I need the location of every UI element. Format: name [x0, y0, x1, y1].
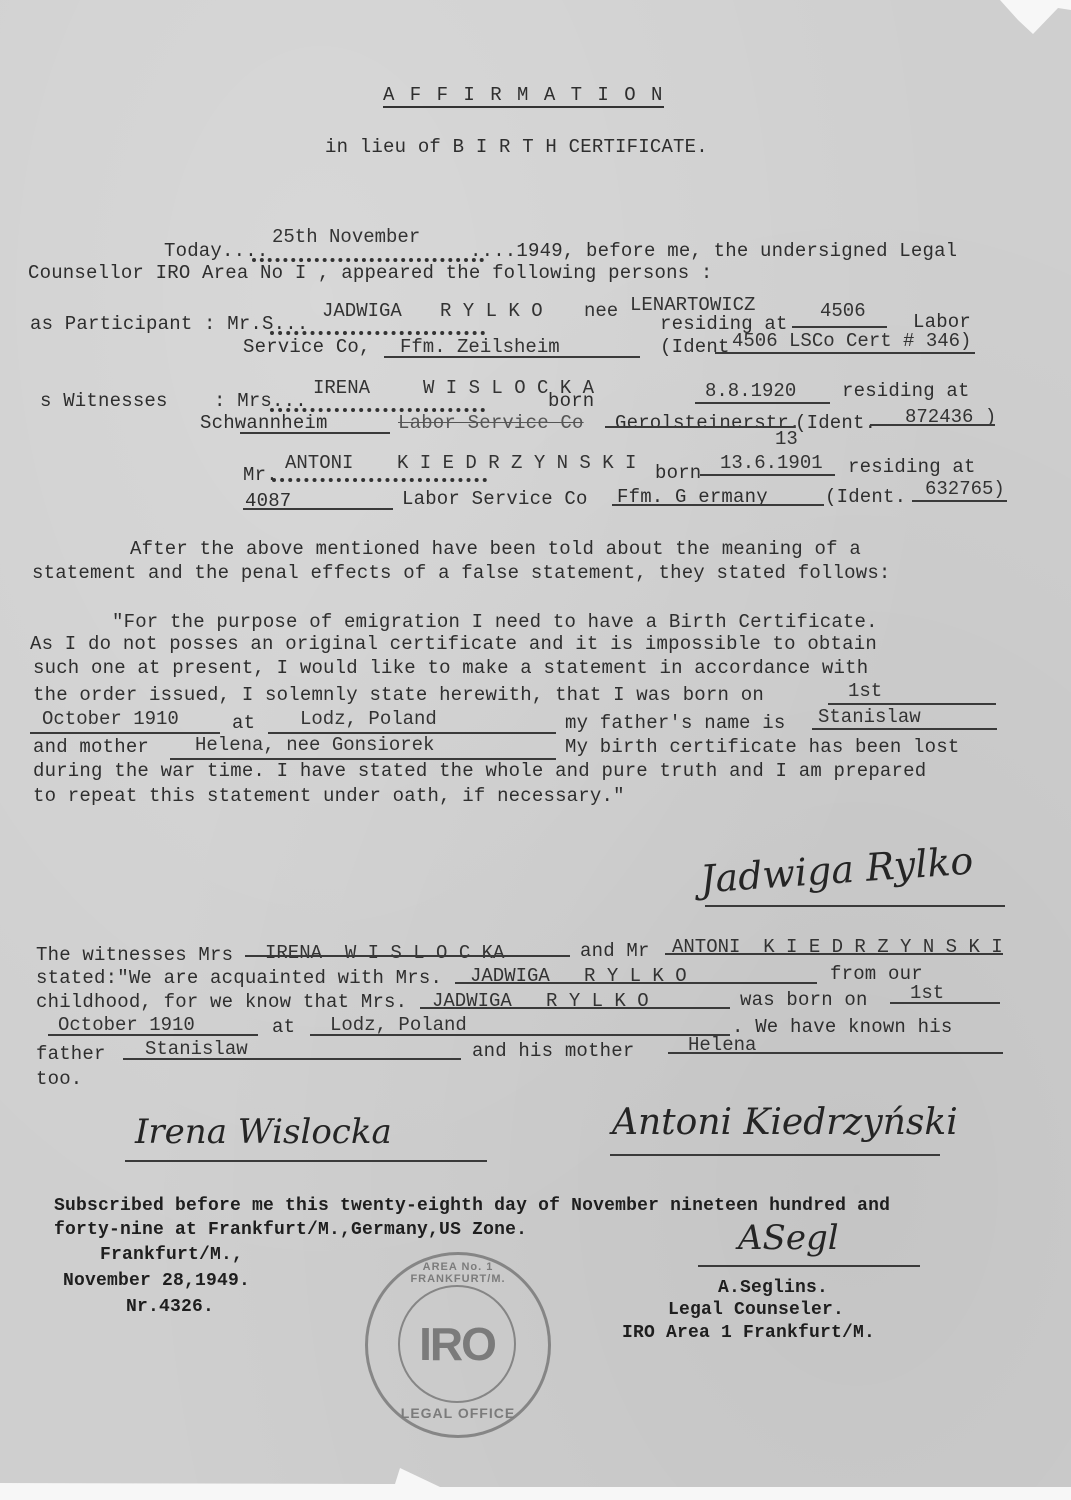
participant-ident-label: (Ident	[660, 336, 730, 358]
witness2-last-name: K I E D R Z Y N S K I	[397, 452, 636, 474]
participant-nee-label: nee	[584, 300, 618, 322]
ws-father-label: father	[36, 1043, 106, 1065]
ws-name2-underline	[420, 1007, 730, 1009]
ws-month-underline	[48, 1034, 258, 1036]
witness2-first-name: ANTONI	[285, 452, 353, 474]
ws-and-mr: and Mr	[580, 940, 650, 962]
participant-first-name: JADWIGA	[322, 300, 402, 322]
subscription-city: Frankfurt/M.,	[100, 1245, 243, 1265]
witness1-born-label: born	[548, 390, 594, 412]
witness2-dotted-line	[272, 478, 487, 482]
birth-day: 1st	[848, 680, 882, 702]
witness2-location-underline	[612, 504, 824, 506]
witness1-city: Schwannheim	[200, 412, 328, 434]
witness2-ident-label: (Ident.	[825, 486, 906, 508]
closing-line-2: to repeat this statement under oath, if …	[33, 785, 625, 807]
preamble-line-2: statement and the penal effects of a fal…	[32, 562, 891, 584]
participant-label: as Participant : Mr.S...	[30, 313, 308, 335]
ws-was-born: was born on	[740, 989, 868, 1011]
subscription-date: November 28,1949.	[63, 1271, 250, 1291]
witness1-city-underline	[240, 432, 390, 434]
counselor-signature-line	[698, 1265, 920, 1267]
participant-ident-value: 4506 LSCo Cert # 346)	[732, 330, 971, 352]
participant-residing-value: 4506	[820, 300, 866, 322]
witness1-street: Gerolsteinerstr.	[615, 412, 801, 434]
statement-line-3: such one at present, I would like to mak…	[33, 657, 868, 679]
participant-signature-line	[705, 905, 1005, 907]
counselor-title: Legal Counseler.	[668, 1300, 844, 1320]
birth-month-year: October 1910	[42, 708, 179, 730]
subscription-line-1: Subscribed before me this twenty-eighth …	[54, 1196, 890, 1216]
birth-month-underline	[30, 732, 220, 734]
ws-father-underline	[123, 1058, 461, 1060]
ws-known: . We have known his	[732, 1016, 952, 1038]
birth-at-label: at	[232, 712, 255, 734]
witness2-born-value: 13.6.1901	[720, 452, 823, 474]
participant-dotted-line	[270, 331, 485, 335]
stamp-inner-ring: IRO	[398, 1285, 516, 1403]
witness1-street-underline	[605, 426, 795, 428]
birth-place: Lodz, Poland	[300, 708, 437, 730]
participant-service-label: Service Co,	[243, 336, 371, 358]
ws-mother-label: and his mother	[472, 1040, 634, 1062]
witness2-born-label: born	[655, 462, 701, 484]
witness1-residing-label: residing at	[842, 380, 970, 402]
witness2-born-underline	[700, 474, 835, 476]
ws-from-our: from our	[830, 963, 923, 985]
statement-line-2: As I do not posses an original certifica…	[30, 633, 877, 655]
mother-label: and mother	[33, 736, 149, 758]
iro-legal-office-stamp: IRO AREA No. 1 FRANKFURT/M. LEGAL OFFICE	[365, 1252, 551, 1438]
ws-too: too.	[36, 1068, 82, 1090]
witness1-struck-text: Labor Service Co	[398, 412, 584, 434]
stamp-center-text: IRO	[400, 1287, 514, 1401]
ws-intro: The witnesses Mrs	[36, 944, 233, 966]
statement-line-4: the order issued, I solemnly state herew…	[33, 684, 764, 706]
intro-line-2: Counsellor IRO Area No I , appeared the …	[28, 262, 713, 284]
closing-line-1: during the war time. I have stated the w…	[33, 760, 926, 782]
witness1-born-value: 8.8.1920	[705, 380, 796, 402]
ws-witness2-underline	[665, 953, 1003, 955]
ws-day: 1st	[910, 982, 944, 1004]
document-title: A F F I R M A T I O N	[383, 84, 664, 108]
ident-underline	[715, 352, 975, 354]
ws-witness1-underline	[245, 955, 570, 957]
stamp-bottom-ring-text: LEGAL OFFICE	[388, 1405, 528, 1421]
witness1-ident-underline	[870, 424, 995, 426]
ws-day-underline	[890, 1002, 1000, 1004]
ws-childhood: childhood, for we know that Mrs.	[36, 991, 407, 1013]
witness2-service-label: Labor Service Co	[402, 488, 588, 510]
witness1-ident-label: (Ident.	[795, 412, 876, 434]
witness2-prefix: Mr.	[243, 464, 278, 486]
ws-witness1: IRENA W I S L O C KA	[265, 942, 504, 964]
ws-month-year: October 1910	[58, 1014, 195, 1036]
service-underline	[384, 356, 640, 358]
preamble-line-1: After the above mentioned have been told…	[130, 538, 861, 560]
father-label: my father's name is	[565, 712, 785, 734]
witness1-signature: Irena Wislocka	[135, 1112, 392, 1152]
participant-service-value: Ffm. Zeilsheim	[400, 336, 560, 358]
witness2-residing-label: residing at	[848, 456, 976, 478]
date-value: 25th November	[272, 226, 420, 248]
subscription-line-2: forty-nine at Frankfurt/M.,Germany,US Zo…	[54, 1220, 527, 1240]
counselor-signature: ASegl	[738, 1218, 839, 1258]
witness2-ident-underline	[912, 500, 1007, 502]
residing-underline	[792, 326, 887, 328]
witness1-born-underline	[695, 402, 830, 404]
intro-year-text: ....1949, before me, the undersigned Leg…	[470, 240, 957, 262]
witness1-first-name: IRENA	[313, 377, 370, 399]
father-underline	[812, 728, 997, 730]
participant-last-name: R Y L K O	[440, 300, 543, 322]
ws-father: Stanislaw	[145, 1038, 248, 1060]
witness1-signature-line	[125, 1160, 487, 1162]
father-name: Stanislaw	[818, 706, 921, 728]
mother-name: Helena, nee Gonsiorek	[195, 734, 434, 756]
witnesses-label: s Witnesses : Mrs...	[40, 390, 307, 412]
counselor-name: A.Seglins.	[718, 1278, 828, 1298]
birth-day-underline	[828, 703, 996, 705]
ws-mother-underline	[668, 1052, 1003, 1054]
certificate-lost-text: My birth certificate has been lost	[565, 736, 959, 758]
ws-place: Lodz, Poland	[330, 1014, 467, 1036]
stamp-top-ring-text: AREA No. 1 FRANKFURT/M.	[374, 1261, 542, 1285]
subscription-number: Nr.4326.	[126, 1297, 214, 1317]
ws-place-underline	[310, 1034, 730, 1036]
counselor-office: IRO Area 1 Frankfurt/M.	[622, 1323, 875, 1343]
ws-name1-underline	[455, 982, 817, 984]
witness2-signature: Antoni Kiedrzyński	[612, 1102, 958, 1143]
statement-line-1: "For the purpose of emigration I need to…	[112, 611, 878, 633]
witness2-signature-line	[610, 1154, 940, 1156]
witness2-ident-value: 632765)	[925, 478, 1005, 500]
ws-stated: stated:"We are acquainted with Mrs.	[36, 967, 442, 989]
ws-at: at	[272, 1016, 295, 1038]
document-subtitle: in lieu of B I R T H CERTIFICATE.	[325, 136, 708, 158]
witness2-number-underline	[243, 508, 393, 510]
